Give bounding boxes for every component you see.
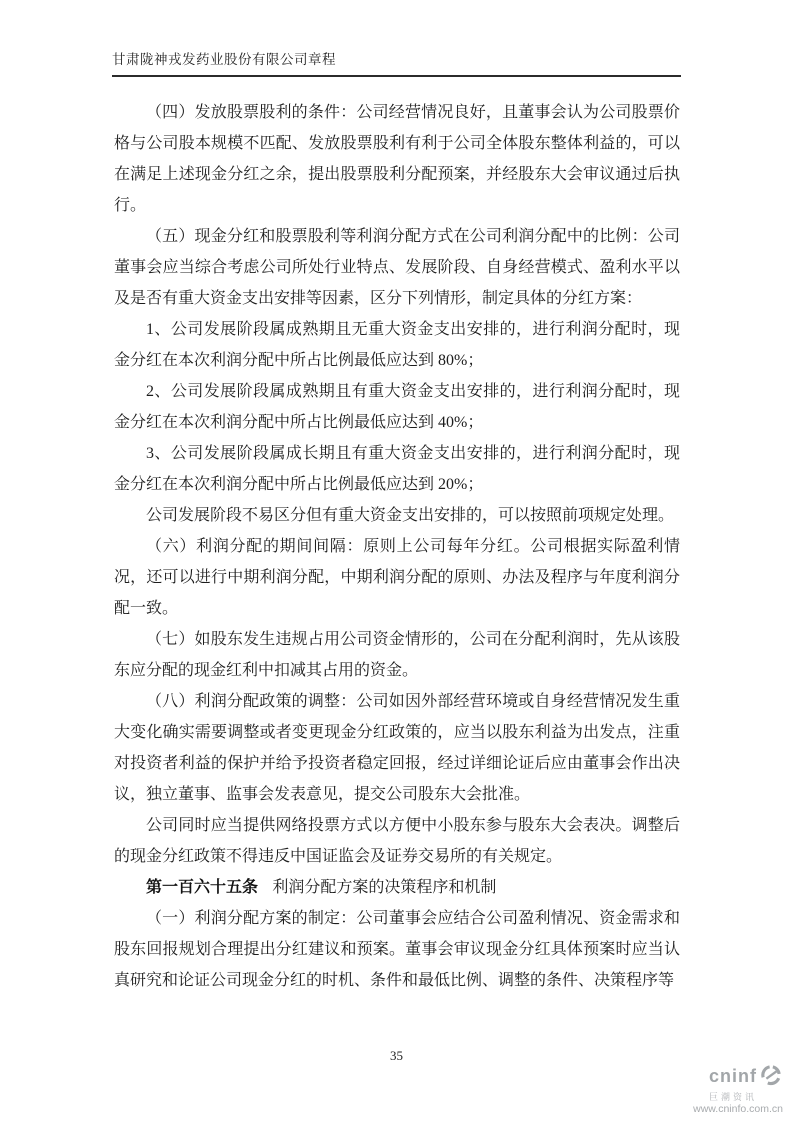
page-number: 35 bbox=[0, 1048, 793, 1064]
cninfo-watermark: cninf 巨潮资讯 www.cninfo.com.cn bbox=[693, 1063, 783, 1116]
paragraph: （六）利润分配的期间间隔：原则上公司每年分红。公司根据实际盈利情况，还可以进行中… bbox=[114, 531, 680, 624]
list-item-paragraph: 2、公司发展阶段属成熟期且有重大资金支出安排的，进行利润分配时，现金分红在本次利… bbox=[114, 376, 680, 438]
paragraph: （四）发放股票股利的条件：公司经营情况良好，且董事会认为公司股票价格与公司股本规… bbox=[114, 97, 680, 221]
paragraph: （一）利润分配方案的制定：公司董事会应结合公司盈利情况、资金需求和股东回报规划合… bbox=[114, 903, 680, 996]
paragraph: （七）如股东发生违规占用公司资金情形的，公司在分配利润时，先从该股东应分配的现金… bbox=[114, 624, 680, 686]
document-page: 甘肃陇神戎发药业股份有限公司章程 （四）发放股票股利的条件：公司经营情况良好，且… bbox=[0, 0, 793, 1122]
document-title: 甘肃陇神戎发药业股份有限公司章程 bbox=[112, 48, 681, 75]
paragraph: （五）现金分红和股票股利等利润分配方式在公司利润分配中的比例：公司董事会应当综合… bbox=[114, 221, 680, 314]
list-item-paragraph: 1、公司发展阶段属成熟期且无重大资金支出安排的，进行利润分配时，现金分红在本次利… bbox=[114, 314, 680, 376]
paragraph: 公司发展阶段不易区分但有重大资金支出安排的，可以按照前项规定处理。 bbox=[114, 500, 680, 531]
page-header: 甘肃陇神戎发药业股份有限公司章程 bbox=[112, 48, 681, 77]
list-item-paragraph: 3、公司发展阶段属成长期且有重大资金支出安排的，进行利润分配时，现金分红在本次利… bbox=[114, 438, 680, 500]
paragraph: 公司同时应当提供网络投票方式以方便中小股东参与股东大会表决。调整后的现金分红政策… bbox=[114, 810, 680, 872]
article-heading: 第一百六十五条利润分配方案的决策程序和机制 bbox=[114, 872, 680, 903]
watermark-brand-text: cninf bbox=[709, 1067, 757, 1087]
watermark-brand-row: cninf bbox=[693, 1063, 783, 1092]
cninfo-swirl-icon bbox=[759, 1063, 783, 1092]
article-title: 利润分配方案的决策程序和机制 bbox=[258, 879, 496, 896]
header-divider bbox=[112, 75, 681, 77]
watermark-url: www.cninfo.com.cn bbox=[693, 1104, 783, 1116]
paragraph: （八）利润分配政策的调整：公司如因外部经营环境或自身经营情况发生重大变化确实需要… bbox=[114, 686, 680, 810]
watermark-chinese-name: 巨潮资讯 bbox=[693, 1093, 757, 1103]
article-number: 第一百六十五条 bbox=[146, 879, 258, 896]
document-body: （四）发放股票股利的条件：公司经营情况良好，且董事会认为公司股票价格与公司股本规… bbox=[114, 97, 680, 996]
